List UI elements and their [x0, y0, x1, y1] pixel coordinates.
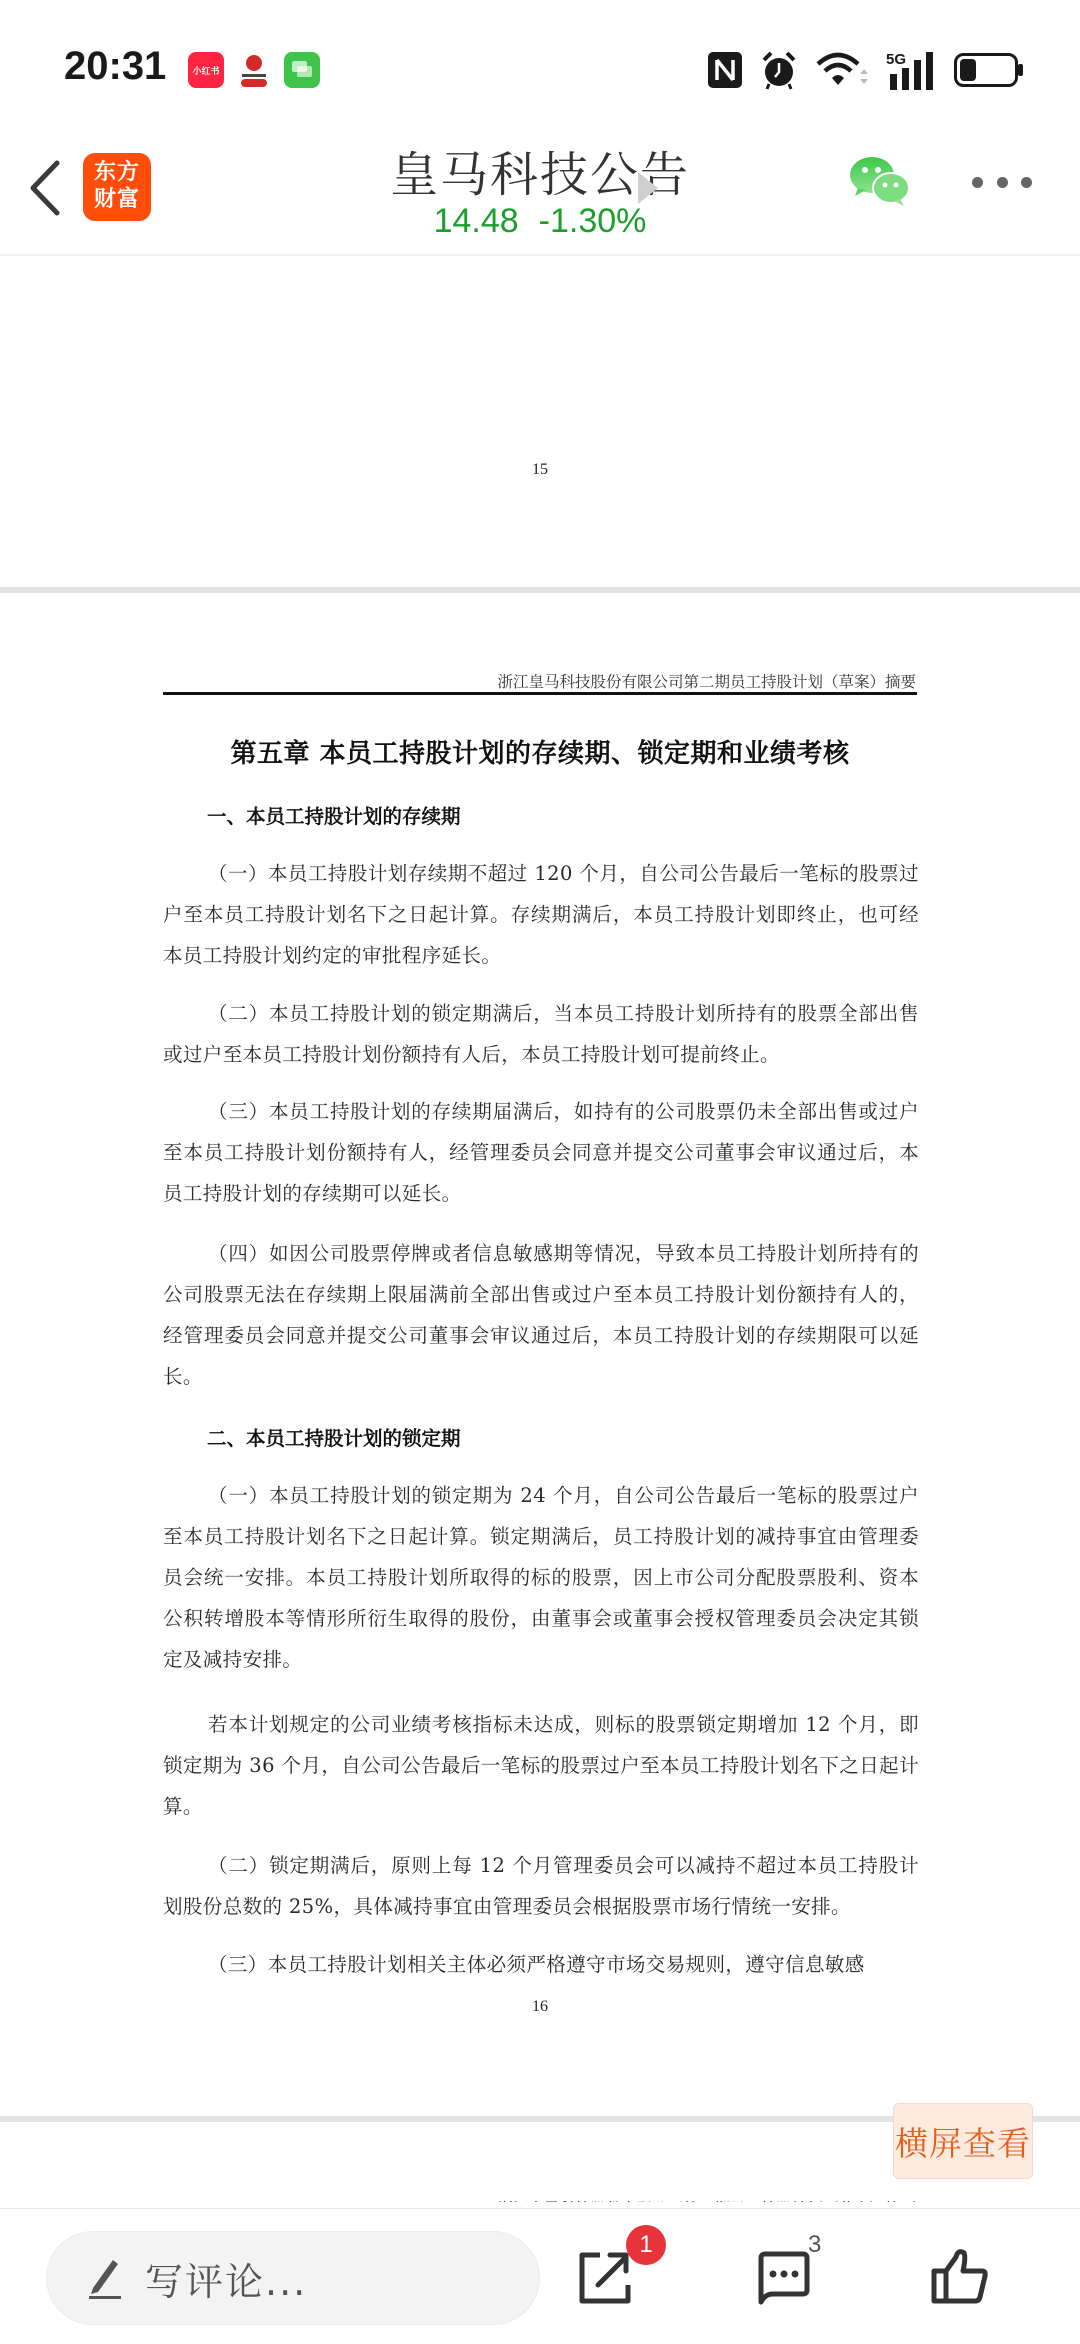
running-header: 浙江皇马科技股份有限公司第二期员工持股计划（草案）摘要 [497, 670, 916, 692]
page-title: 皇马科技公告 [0, 136, 1080, 205]
dot-icon [997, 177, 1008, 188]
wechat-share-button[interactable] [848, 156, 912, 208]
pencil-icon [87, 2256, 121, 2300]
like-button[interactable] [922, 2239, 998, 2315]
xiaohongshu-label: 小红书 [192, 64, 219, 77]
thumbs-up-icon [930, 2247, 990, 2307]
alarm-icon [760, 50, 798, 90]
comment-count: 3 [808, 2231, 821, 2259]
dot-icon [1021, 177, 1032, 188]
messages-notification-icon [284, 52, 320, 88]
document-viewer[interactable]: 15 浙江皇马科技股份有限公司第二期员工持股计划（草案）摘要 第五章 本员工持股… [0, 257, 1080, 2202]
comment-bubble-icon [755, 2248, 813, 2306]
stock-quote[interactable]: 14.48-1.30% [0, 202, 1080, 241]
paragraph: （三）本员工持股计划的存续期届满后，如持有的公司股票仍未全部出售或过户至本员工持… [163, 1091, 919, 1214]
share-icon [576, 2249, 632, 2305]
battery-icon [954, 53, 1024, 87]
next-page-running-header: 浙江皇马科技股份有限公司第二期员工持股计划（草案）摘要 [497, 2197, 916, 2202]
paragraph: （三）本员工持股计划相关主体必须严格遵守市场交易规则，遵守信息敏感 [163, 1944, 919, 1985]
paragraph: （二）本员工持股计划的锁定期满后，当本员工持股计划所持有的股票全部出售或过户至本… [163, 993, 919, 1075]
share-notification-badge: 1 [626, 2225, 666, 2265]
comment-input[interactable]: 写评论... [46, 2231, 540, 2325]
wifi-icon [816, 52, 868, 88]
dot-icon [972, 177, 983, 188]
chapter-title: 第五章 本员工持股计划的存续期、锁定期和业绩考核 [0, 733, 1080, 770]
cellular-5g-icon: 5G [886, 50, 936, 90]
comment-placeholder: 写评论... [145, 2251, 307, 2306]
section-heading: 一、本员工持股计划的存续期 [207, 801, 461, 829]
landscape-view-button[interactable]: 横屏查看 [893, 2103, 1033, 2179]
system-icons: 5G [708, 48, 1024, 92]
page-separator [0, 587, 1080, 593]
section-heading: 二、本员工持股计划的锁定期 [207, 1423, 461, 1451]
paragraph: （一）本员工持股计划的锁定期为 24 个月，自公司公告最后一笔标的股票过户至本员… [163, 1475, 919, 1680]
app-header: 东方 财富 皇马科技公告 14.48-1.30% [0, 120, 1080, 256]
header-rule [163, 692, 917, 695]
status-time: 20:31 [64, 44, 166, 89]
status-bar: 20:31 小红书 5G [0, 0, 1080, 120]
wechat-icon [848, 156, 912, 208]
paragraph: （二）锁定期满后，原则上每 12 个月管理委员会可以减持不超过本员工持股计划股份… [163, 1845, 919, 1927]
play-arrow-icon[interactable] [638, 172, 658, 204]
bottom-action-bar: 写评论... 1 3 [0, 2208, 1080, 2344]
stock-price: 14.48 [434, 202, 519, 240]
citic-securities-notification-icon [236, 52, 272, 88]
page-number: 16 [0, 1998, 1080, 2016]
paragraph: （四）如因公司股票停牌或者信息敏感期等情况，导致本员工持股计划所持有的公司股票无… [163, 1233, 919, 1397]
paragraph: 若本计划规定的公司业绩考核指标未达成，则标的股票锁定期增加 12 个月，即锁定期… [163, 1704, 919, 1827]
stock-change: -1.30% [539, 202, 647, 240]
svg-text:5G: 5G [886, 51, 906, 68]
nfc-icon [708, 52, 742, 88]
previous-page-number: 15 [0, 461, 1080, 479]
more-options-button[interactable] [972, 170, 1032, 194]
xiaohongshu-notification-icon: 小红书 [188, 52, 224, 88]
paragraph: （一）本员工持股计划存续期不超过 120 个月，自公司公告最后一笔标的股票过户至… [163, 853, 919, 976]
